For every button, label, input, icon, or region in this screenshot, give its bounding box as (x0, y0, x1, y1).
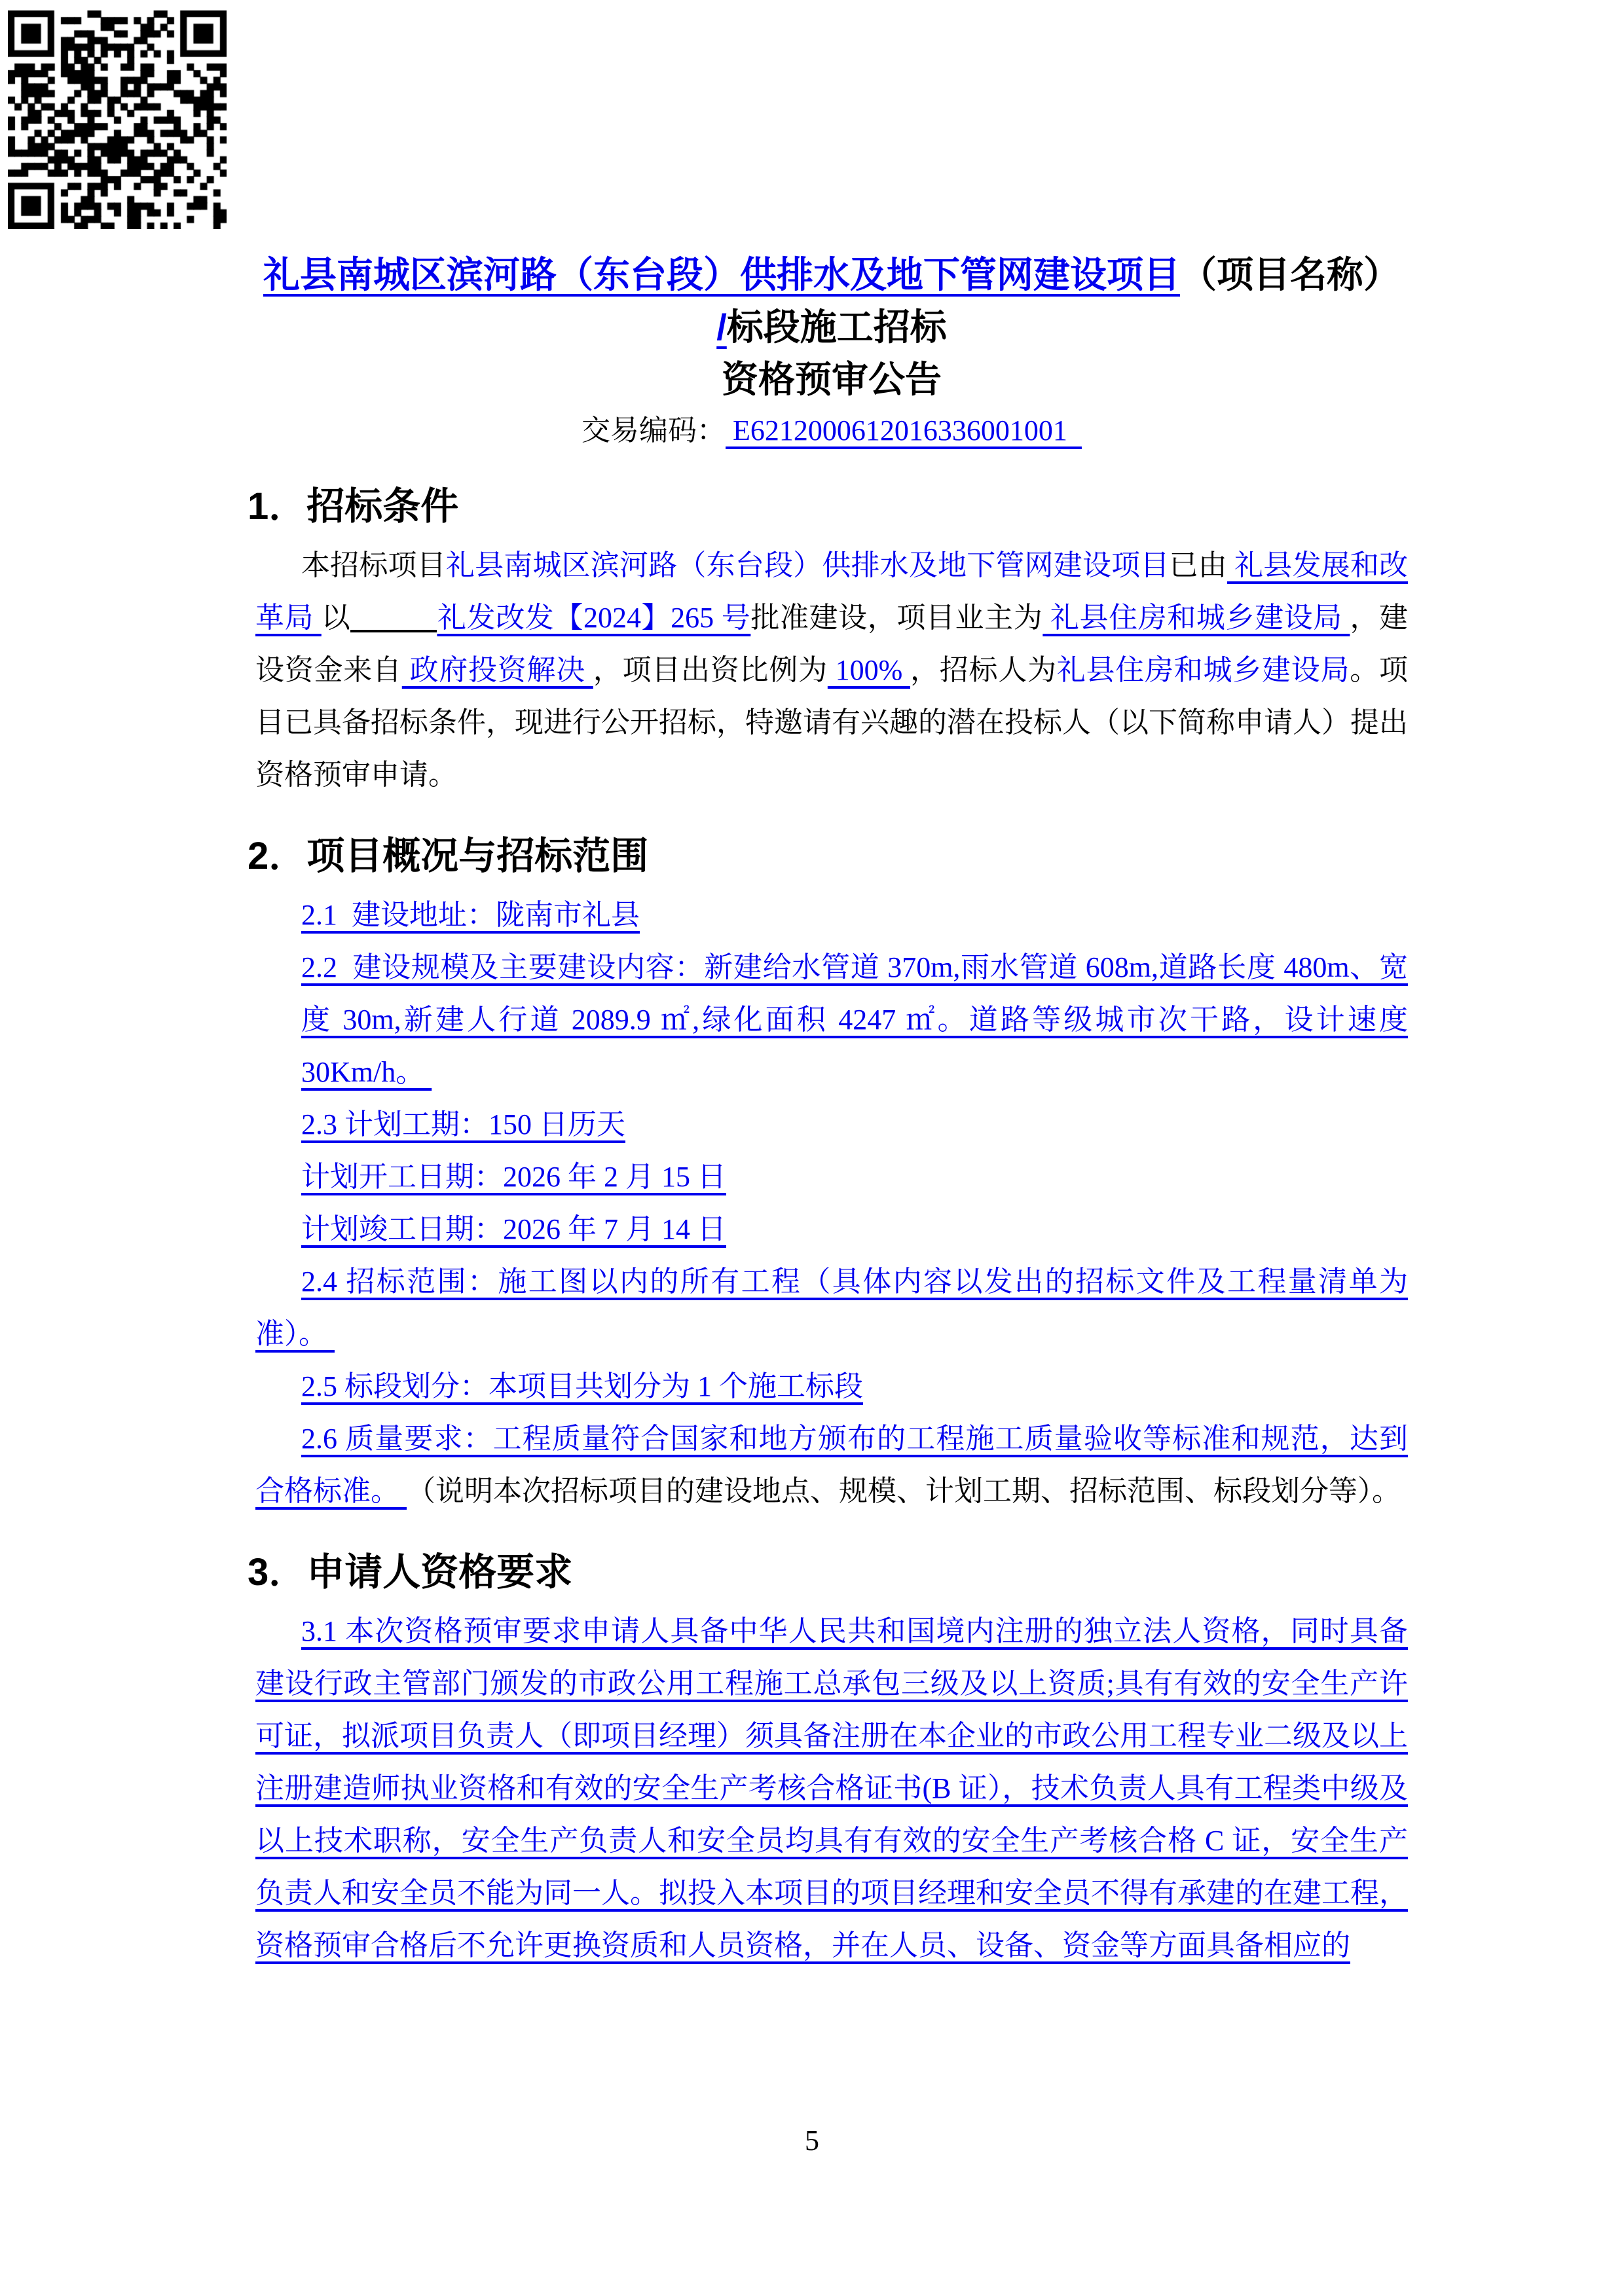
funding-ratio-field: 100% (828, 654, 910, 686)
item-2-5-lot-division: 2.5 标段划分：本项目共划分为 1 个施工标段 (255, 1360, 1408, 1413)
document-page: 礼县南城区滨河路（东台段）供排水及地下管网建设项目（项目名称） /标段施工招标 … (0, 0, 1624, 2296)
trade-code-value: E6212000612016336001001 (726, 414, 1082, 446)
document-content: 礼县南城区滨河路（东台段）供排水及地下管网建设项目（项目名称） /标段施工招标 … (255, 249, 1408, 1972)
section-3-paragraph: 3.1 本次资格预审要求申请人具备中华人民共和国境内注册的独立法人资格，同时具备… (255, 1605, 1408, 1972)
doc-title-line1: 礼县南城区滨河路（东台段）供排水及地下管网建设项目（项目名称） (255, 249, 1408, 301)
page-number: 5 (0, 2123, 1624, 2159)
project-owner-field: 礼县住房和城乡建设局 (1043, 602, 1350, 634)
doc-title-line2: /标段施工招标 (255, 301, 1408, 354)
item-2-2-scale-content: 2.2 建设规模及主要建设内容：新建给水管道 370m,雨水管道 608m,道路… (255, 941, 1408, 1099)
tenderee-name: 礼县住房和城乡建设局 (1057, 654, 1350, 686)
approval-document-number-field: 礼发改发【2024】265 号 (437, 602, 750, 634)
text-approved-by: 已由 (1170, 549, 1227, 581)
text-ratio: ，项目出资比例为 (593, 654, 828, 686)
blank-underline-field (350, 597, 437, 632)
intro-text: 本招标项目 (301, 549, 446, 581)
project-name-inline: 礼县南城区滨河路（东台段）供排水及地下管网建设项目 (446, 549, 1170, 581)
text-with: 以 (322, 602, 351, 634)
bid-section-label: 标段施工招标 (727, 306, 947, 348)
text-tenderee-is: ，招标人为 (910, 654, 1057, 686)
section-3-heading: 3．申请人资格要求 (248, 1544, 1408, 1601)
project-name-title: 礼县南城区滨河路（东台段）供排水及地下管网建设项目 (263, 254, 1180, 295)
item-2-1-location: 2.1 建设地址：陇南市礼县 (255, 889, 1408, 941)
funding-source-field: 政府投资解决 (402, 654, 593, 686)
bid-section-slash: / (716, 306, 727, 348)
item-2-4-scope: 2.4 招标范围：施工图以内的所有工程（具体内容以发出的招标文件及工程量清单为准… (255, 1256, 1408, 1360)
project-name-suffix: （项目名称） (1180, 254, 1400, 295)
text-approved-build-owner: 批准建设，项目业主为 (750, 602, 1043, 634)
item-2-3-duration: 2.3 计划工期：150 日历天 (255, 1099, 1408, 1151)
section-1-heading: 1．招标条件 (248, 478, 1408, 536)
prequalification-title: 资格预审公告 (255, 354, 1408, 406)
section-1-paragraph: 本招标项目礼县南城区滨河路（东台段）供排水及地下管网建设项目已由 礼县发展和改革… (255, 539, 1408, 801)
quality-note-text: （说明本次招标项目的建设地点、规模、计划工期、招标范围、标段划分等）。 (407, 1475, 1401, 1507)
item-planned-start-date: 计划开工日期：2026 年 2 月 15 日 (255, 1151, 1408, 1203)
item-2-6-quality: 2.6 质量要求：工程质量符合国家和地方颁布的工程施工质量验收等标准和规范，达到… (255, 1413, 1408, 1518)
section-2-heading: 2．项目概况与招标范围 (248, 828, 1408, 885)
trade-code-line: 交易编码： E6212000612016336001001 (255, 410, 1408, 452)
trade-code-label: 交易编码： (581, 414, 726, 446)
item-planned-completion-date: 计划竣工日期：2026 年 7 月 14 日 (255, 1203, 1408, 1256)
qr-code-image (8, 10, 227, 229)
